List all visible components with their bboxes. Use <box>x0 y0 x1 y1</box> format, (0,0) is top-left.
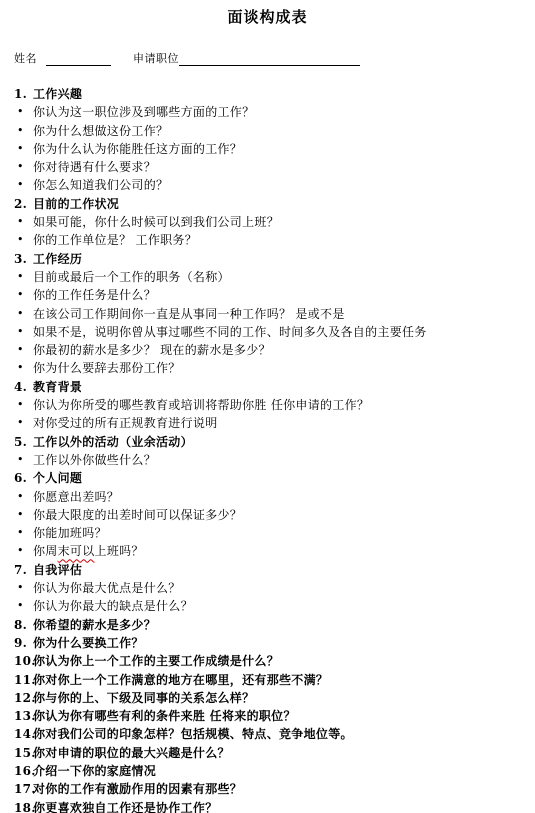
question-bullet: •你为什么认为你能胜任这方面的工作？ <box>14 140 529 158</box>
section-heading-text: 工作以外的活动（业余活动） <box>33 433 193 451</box>
section-number: 6. <box>14 469 33 487</box>
section-number: 7. <box>14 561 33 579</box>
question-text: 你为什么认为你能胜任这方面的工作？ <box>33 140 242 158</box>
bullet-icon: • <box>14 488 33 506</box>
question-bullet: •你对待遇有什么要求？ <box>14 158 529 176</box>
question-text: 你认为你所受的哪些教育或培训将帮助你胜 任你申请的工作？ <box>33 396 369 414</box>
question-bullet: •你最大限度的出差时间可以保证多少？ <box>14 506 529 524</box>
bullet-icon: • <box>14 542 33 560</box>
question-text-suffix: 上班吗？ <box>95 544 144 558</box>
bullet-icon: • <box>14 451 33 469</box>
question-text: 你能加班吗？ <box>33 524 107 542</box>
numbered-question-14: 14.你对我们公司的印象怎样？包括规模、特点、竞争地位等。 <box>14 725 529 743</box>
section-number: 5. <box>14 433 33 451</box>
page-title: 面谈构成表 <box>0 6 535 27</box>
section-heading-text: 自我评估 <box>33 561 82 579</box>
numbered-question-9: 9.你为什么要换工作？ <box>14 634 529 652</box>
question-text: 你愿意出差吗？ <box>33 488 119 506</box>
bullet-icon: • <box>14 176 33 194</box>
section-number: 1. <box>14 85 33 103</box>
section-heading-text: 目前的工作状况 <box>33 195 119 213</box>
section-number: 3. <box>14 250 33 268</box>
question-text: 你的工作单位是？ 工作职务？ <box>33 231 197 249</box>
numbered-question-17: 17.对你的工作有激励作用的因素有那些？ <box>14 780 529 798</box>
bullet-icon: • <box>14 286 33 304</box>
question-number: 16. <box>14 762 33 780</box>
numbered-question-11: 11.你对你上一个工作满意的地方在哪里，还有那些不满？ <box>14 671 529 689</box>
question-text: 你为什么要换工作？ <box>33 634 144 652</box>
question-bullet: •你为什么想做这份工作？ <box>14 122 529 140</box>
question-bullet: •你周末可以上班吗？ <box>14 542 529 560</box>
question-bullet: •你愿意出差吗？ <box>14 488 529 506</box>
section-5-heading: 5.工作以外的活动（业余活动） <box>14 433 529 451</box>
bullet-icon: • <box>14 158 33 176</box>
question-text: 工作以外你做些什么？ <box>33 451 156 469</box>
question-bullet: •你认为这一职位涉及到哪些方面的工作？ <box>14 103 529 121</box>
question-text: 你与你的上、下级及同事的关系怎么样？ <box>33 689 254 707</box>
section-heading-text: 个人问题 <box>33 469 82 487</box>
question-bullet: •你认为你最大优点是什么？ <box>14 579 529 597</box>
question-text: 目前或最后一个工作的职务（名称） <box>33 268 230 286</box>
question-text-prefix: 你周 <box>33 544 58 558</box>
question-text: 你认为你有哪些有利的条件来胜 任将来的职位？ <box>33 707 296 725</box>
question-number: 18. <box>14 799 33 813</box>
bullet-icon: • <box>14 268 33 286</box>
question-bullet: •你怎么知道我们公司的？ <box>14 176 529 194</box>
bullet-icon: • <box>14 597 33 615</box>
section-number: 2. <box>14 195 33 213</box>
position-blank-field[interactable] <box>179 52 360 66</box>
question-text: 对你受过的所有正规教育进行说明 <box>33 414 218 432</box>
bullet-icon: • <box>14 506 33 524</box>
name-label: 姓名 <box>14 50 37 66</box>
question-text: 你希望的薪水是多少？ <box>33 616 156 634</box>
question-number: 9. <box>14 634 33 652</box>
numbered-question-13: 13.你认为你有哪些有利的条件来胜 任将来的职位？ <box>14 707 529 725</box>
numbered-question-8: 8.你希望的薪水是多少？ <box>14 616 529 634</box>
question-text: 你对你上一个工作满意的地方在哪里，还有那些不满？ <box>33 671 328 689</box>
question-text: 介绍一下你的家庭情况 <box>33 762 156 780</box>
bullet-icon: • <box>14 579 33 597</box>
bullet-icon: • <box>14 122 33 140</box>
document-page: 面谈构成表 姓名 申请职位 1.工作兴趣 •你认为这一职位涉及到哪些方面的工作？… <box>0 0 535 813</box>
question-text: 在该公司工作期间你一直是从事同一种工作吗？ 是或不是 <box>33 305 345 323</box>
question-text: 如果可能，你什么时候可以到我们公司上班？ <box>33 213 279 231</box>
question-number: 13. <box>14 707 33 725</box>
section-1-heading: 1.工作兴趣 <box>14 85 529 103</box>
question-bullet: •如果不是，说明你曾从事过哪些不同的工作、时间多久及各自的主要任务 <box>14 323 529 341</box>
question-bullet: •在该公司工作期间你一直是从事同一种工作吗？ 是或不是 <box>14 305 529 323</box>
bullet-icon: • <box>14 103 33 121</box>
question-bullet: •对你受过的所有正规教育进行说明 <box>14 414 529 432</box>
numbered-question-12: 12.你与你的上、下级及同事的关系怎么样？ <box>14 689 529 707</box>
section-heading-text: 工作兴趣 <box>33 85 82 103</box>
question-text: 你更喜欢独自工作还是协作工作？ <box>33 799 218 813</box>
question-text: 你认为这一职位涉及到哪些方面的工作？ <box>33 103 254 121</box>
question-text: 你最大限度的出差时间可以保证多少？ <box>33 506 242 524</box>
numbered-question-16: 16.介绍一下你的家庭情况 <box>14 762 529 780</box>
bullet-icon: • <box>14 414 33 432</box>
bullet-icon: • <box>14 305 33 323</box>
question-text: 你最初的薪水是多少？ 现在的薪水是多少？ <box>33 341 271 359</box>
bullet-icon: • <box>14 359 33 377</box>
question-text: 如果不是，说明你曾从事过哪些不同的工作、时间多久及各自的主要任务 <box>33 323 427 341</box>
question-number: 17. <box>14 780 33 798</box>
question-text: 你周末可以上班吗？ <box>33 542 144 560</box>
numbered-question-15: 15.你对申请的职位的最大兴趣是什么？ <box>14 744 529 762</box>
name-blank-field[interactable] <box>46 52 111 66</box>
question-bullet: •如果可能，你什么时候可以到我们公司上班？ <box>14 213 529 231</box>
numbered-question-10: 10.你认为你上一个工作的主要工作成绩是什么？ <box>14 652 529 670</box>
question-text: 你对申请的职位的最大兴趣是什么？ <box>33 744 230 762</box>
bullet-icon: • <box>14 231 33 249</box>
question-bullet: •你最初的薪水是多少？ 现在的薪水是多少？ <box>14 341 529 359</box>
question-bullet: •你的工作任务是什么？ <box>14 286 529 304</box>
question-bullet: •工作以外你做些什么？ <box>14 451 529 469</box>
bullet-icon: • <box>14 341 33 359</box>
question-number: 10. <box>14 652 33 670</box>
form-header: 姓名 申请职位 <box>14 51 360 66</box>
bullet-icon: • <box>14 323 33 341</box>
section-3-heading: 3.工作经历 <box>14 250 529 268</box>
section-number: 4. <box>14 378 33 396</box>
question-bullet: •你认为你最大的缺点是什么？ <box>14 597 529 615</box>
question-number: 15. <box>14 744 33 762</box>
bullet-icon: • <box>14 213 33 231</box>
section-heading-text: 教育背景 <box>33 378 82 396</box>
section-heading-text: 工作经历 <box>33 250 82 268</box>
bullet-icon: • <box>14 396 33 414</box>
section-7-heading: 7.自我评估 <box>14 561 529 579</box>
question-bullet: •你认为你所受的哪些教育或培训将帮助你胜 任你申请的工作？ <box>14 396 529 414</box>
question-text: 你认为你上一个工作的主要工作成绩是什么？ <box>33 652 279 670</box>
question-text: 你认为你最大的缺点是什么？ <box>33 597 193 615</box>
question-bullet: •目前或最后一个工作的职务（名称） <box>14 268 529 286</box>
numbered-question-18: 18.你更喜欢独自工作还是协作工作？ <box>14 799 529 813</box>
question-text: 对你的工作有激励作用的因素有那些？ <box>33 780 242 798</box>
question-text: 你对我们公司的印象怎样？包括规模、特点、竞争地位等。 <box>33 725 353 743</box>
question-text: 你怎么知道我们公司的？ <box>33 176 168 194</box>
position-label: 申请职位 <box>133 50 179 66</box>
question-list: 1.工作兴趣 •你认为这一职位涉及到哪些方面的工作？ •你为什么想做这份工作？ … <box>14 85 529 813</box>
question-number: 14. <box>14 725 33 743</box>
bullet-icon: • <box>14 140 33 158</box>
question-text: 你认为你最大优点是什么？ <box>33 579 181 597</box>
question-bullet: •你能加班吗？ <box>14 524 529 542</box>
section-6-heading: 6.个人问题 <box>14 469 529 487</box>
question-text: 你对待遇有什么要求？ <box>33 158 156 176</box>
question-text: 你为什么要辞去那份工作？ <box>33 359 181 377</box>
question-number: 12. <box>14 689 33 707</box>
question-text: 你为什么想做这份工作？ <box>33 122 168 140</box>
question-number: 8. <box>14 616 33 634</box>
question-text: 你的工作任务是什么？ <box>33 286 156 304</box>
question-bullet: •你为什么要辞去那份工作？ <box>14 359 529 377</box>
question-bullet: •你的工作单位是？ 工作职务？ <box>14 231 529 249</box>
bullet-icon: • <box>14 524 33 542</box>
spellcheck-underlined-text: 末可以 <box>58 544 95 558</box>
section-2-heading: 2.目前的工作状况 <box>14 195 529 213</box>
question-number: 11. <box>14 671 33 689</box>
section-4-heading: 4.教育背景 <box>14 378 529 396</box>
